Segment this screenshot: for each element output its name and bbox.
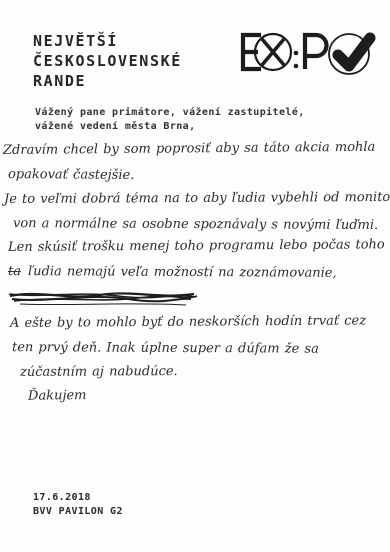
handwriting-line: Zdravím chcel by som poprosiť aby sa tát…	[0, 136, 390, 164]
handwriting-line: Len skúsiť trošku menej toho programu le…	[0, 233, 390, 260]
checkmark-icon	[338, 38, 370, 66]
expo-logo-graphic	[236, 27, 376, 77]
title-line-1: NEJVĚTŠÍ	[33, 31, 182, 51]
footer: 17.6.2018 BVV PAVILON G2	[33, 491, 123, 519]
handwriting-line: A ešte by to mohlo byť do neskorších hod…	[0, 309, 390, 336]
scribble-strikethrough-icon	[8, 288, 203, 306]
crossed-out-line	[0, 285, 390, 312]
title-line-3: RANDE	[33, 71, 182, 91]
handwriting-line-text: ľudia nemajú veľa možností na zoznámovan…	[28, 265, 337, 282]
handwritten-body: Zdravím chcel by som poprosiť aby sa tát…	[0, 139, 390, 409]
event-title: NEJVĚTŠÍ ČESKOSLOVENSKÉ RANDE	[33, 31, 182, 91]
logo-letter-p	[305, 35, 327, 69]
event-venue: BVV PAVILON G2	[33, 505, 123, 519]
salutation: Vážený pane primátore, vážení zastupitel…	[35, 106, 305, 133]
scanned-letter-page: NEJVĚTŠÍ ČESKOSLOVENSKÉ RANDE Vážený pan…	[0, 0, 390, 552]
logo-letter-x	[262, 39, 284, 65]
closing-thanks: Ďakujem	[0, 381, 390, 409]
event-date: 17.6.2018	[33, 491, 123, 505]
title-line-2: ČESKOSLOVENSKÉ	[33, 51, 182, 71]
handwriting-line: taľudia nemajú veľa možností na zoznámov…	[0, 260, 390, 286]
struck-out-word: ta	[8, 265, 21, 280]
colon-dot-bottom	[294, 64, 299, 69]
colon-dot-top	[294, 51, 299, 56]
salutation-line-2: vážené vedení města Brna,	[35, 120, 305, 134]
expo-logo	[236, 27, 376, 77]
handwriting-line: Je to veľmi dobrá téma na to aby ľudia v…	[0, 186, 390, 212]
salutation-line-1: Vážený pane primátore, vážení zastupitel…	[35, 106, 305, 120]
